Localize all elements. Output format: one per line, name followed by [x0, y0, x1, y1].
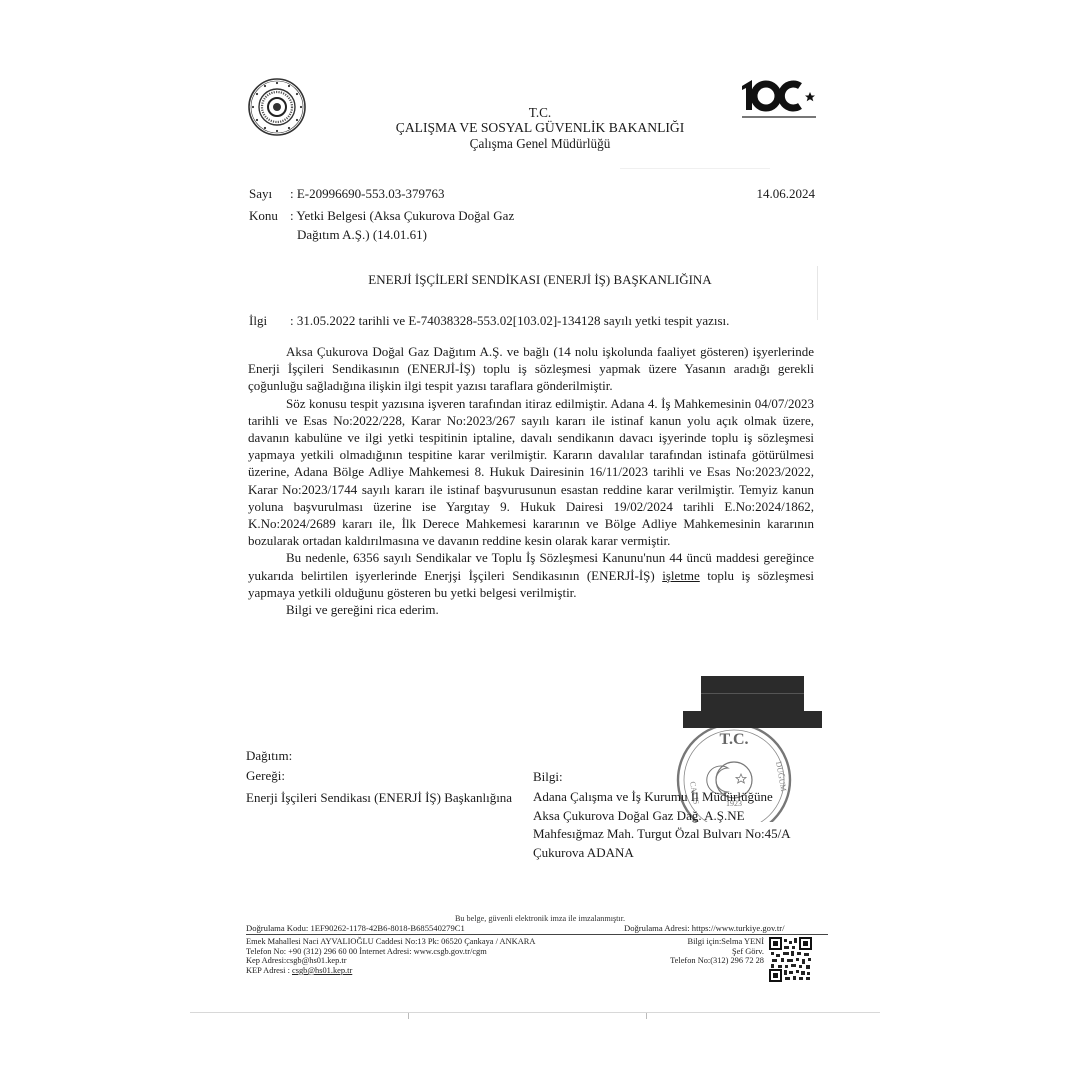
contact-person-block: Bilgi için:Selma YENİ Şef Görv. Telefon …	[630, 937, 764, 966]
sayi-value: : E-20996690-553.03-379763	[290, 184, 445, 204]
kep-link[interactable]: csgb@hs01.kep.tr	[292, 966, 352, 975]
bilgi-recipient-line: Çukurova ADANA	[533, 844, 791, 863]
body-paragraph-1: Aksa Çukurova Doğal Gaz Dağıtım A.Ş. ve …	[248, 343, 814, 395]
contact-person: Bilgi için:Selma YENİ	[630, 937, 764, 947]
svg-text:T.C.: T.C.	[719, 731, 748, 748]
document-date: 14.06.2024	[700, 186, 815, 202]
body-paragraph-3: Bu nedenle, 6356 sayılı Sendikalar ve To…	[248, 549, 814, 601]
header-ministry-name: ÇALIŞMA VE SOSYAL GÜVENLİK BAKANLIĞI	[240, 120, 840, 135]
esign-note: Bu belge, güvenli elektronik imza ile im…	[240, 914, 840, 923]
ministry-address: Emek Mahallesi Naci AYVALIOĞLU Caddesi N…	[246, 937, 535, 947]
scan-edge-tick	[646, 1013, 647, 1019]
kep-address-2: KEP Adresi : csgb@hs01.kep.tr	[246, 966, 535, 976]
bilgi-recipients: Adana Çalışma ve İş Kurumu İl Müdürlüğün…	[533, 788, 791, 862]
bilgi-recipient-line: Mahfesığmaz Mah. Turgut Özal Bulvarı No:…	[533, 825, 791, 844]
verification-address: Doğrulama Adresi: https://www.turkiye.go…	[624, 923, 784, 933]
contact-phone: Telefon No:(312) 296 72 28	[630, 956, 764, 966]
bilgi-label: Bilgi:	[533, 767, 563, 787]
contact-title: Şef Görv.	[630, 947, 764, 957]
sayi-label: Sayı	[249, 184, 289, 204]
geregi-recipient: Enerji İşçileri Sendikası (ENERJİ İŞ) Ba…	[246, 788, 512, 808]
kep-address-1: Kep Adresi:csgb@hs01.kep.tr	[246, 956, 535, 966]
qr-code-icon	[769, 937, 812, 982]
underlined-term: işletme	[662, 568, 700, 583]
redacted-signature-block	[701, 693, 804, 711]
kep-label: KEP Adresi :	[246, 966, 292, 975]
verification-code: Doğrulama Kodu: 1EF90262-1178-42B6-8018-…	[246, 923, 465, 933]
redacted-signature-block	[683, 711, 822, 728]
konu-value-line2: Dağıtım A.Ş.) (14.01.61)	[297, 225, 427, 245]
scan-edge-tick	[408, 1013, 409, 1019]
body-closing: Bilgi ve gereğini rica ederim.	[248, 601, 814, 618]
footer-divider	[246, 934, 828, 935]
recipient-heading: ENERJİ İŞÇİLERİ SENDİKASI (ENERJİ İŞ) BA…	[240, 272, 840, 288]
scan-artifact	[620, 168, 770, 169]
header-tc: T.C.	[240, 105, 840, 120]
konu-value-line1: : Yetki Belgesi (Aksa Çukurova Doğal Gaz	[290, 206, 514, 226]
body-paragraph-2: Söz konusu tespit yazısına işveren taraf…	[248, 395, 814, 550]
header-directorate: Çalışma Genel Müdürlüğü	[240, 136, 840, 151]
geregi-label: Gereği:	[246, 766, 285, 786]
ilgi-label: İlgi	[249, 313, 267, 329]
redacted-signature-block	[701, 676, 804, 693]
ministry-phone-web: Telefon No: +90 (312) 296 60 00 İnternet…	[246, 947, 535, 957]
distribution-label: Dağıtım:	[246, 746, 292, 766]
ilgi-value: : 31.05.2022 tarihli ve E-74038328-553.0…	[290, 313, 729, 329]
ministry-contact: Emek Mahallesi Naci AYVALIOĞLU Caddesi N…	[246, 937, 535, 975]
letter-body: Aksa Çukurova Doğal Gaz Dağıtım A.Ş. ve …	[248, 343, 814, 618]
bilgi-recipient-line: Aksa Çukurova Doğal Gaz Dağ. A.Ş.NE	[533, 807, 791, 826]
bilgi-recipient-line: Adana Çalışma ve İş Kurumu İl Müdürlüğün…	[533, 788, 791, 807]
konu-label: Konu	[249, 206, 289, 226]
scan-page-edge	[190, 1012, 880, 1013]
